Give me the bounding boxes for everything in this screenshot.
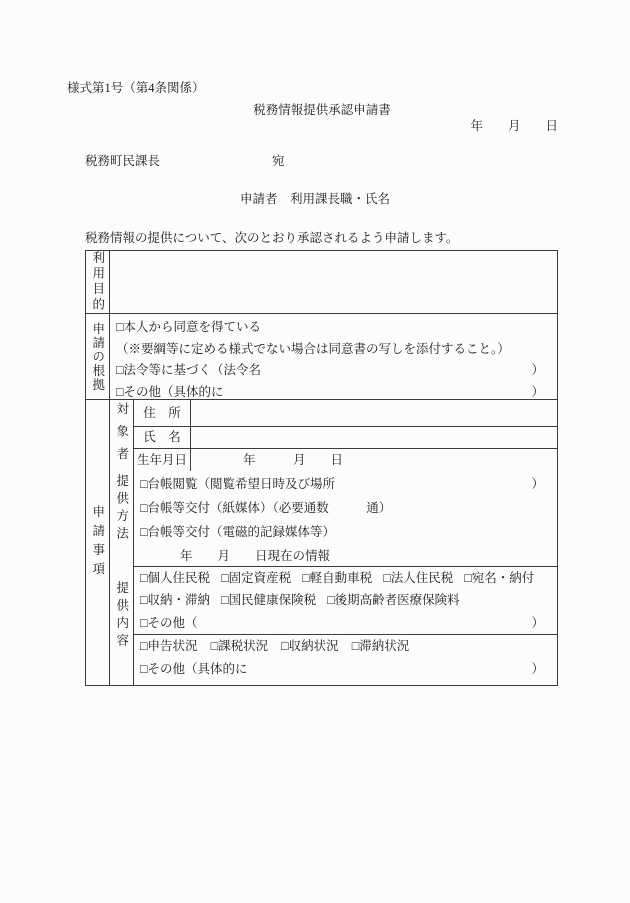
checkbox-option: □国民健康保険税	[221, 589, 316, 611]
intro-sentence: 税務情報の提供について、次のとおり承認されるよう申請します。	[85, 230, 459, 247]
addressee: 税務町民課長	[85, 154, 160, 168]
application-table: 利用目的 申請の根拠 □本人から同意を得ている （※要綱等に定める様式でない場合…	[85, 250, 558, 686]
addressee-suffix: 宛	[272, 154, 285, 168]
application-basis-header: 申請の根拠	[86, 314, 110, 399]
checkbox-line-ledger-paper: □台帳等交付（紙媒体）（必要通数 通）	[134, 496, 557, 520]
checkbox-line-status-other: □その他（具体的に）	[134, 658, 557, 682]
status-checkbox-group: □申告状況 □課税状況 □収納状況 □滞納状況 □その他（具体的に）	[134, 634, 557, 685]
field-address: 住 所	[134, 400, 557, 426]
provision-method-content: □台帳閲覧（閲覧希望日時及び場所） □台帳等交付（紙媒体）（必要通数 通） □台…	[134, 471, 557, 547]
checkbox-line-tax-types-2: □収納・滞納 □国民健康保険税 □後期高齢者医療保険料	[134, 589, 557, 611]
checkbox-line-status: □申告状況 □課税状況 □収納状況 □滞納状況	[134, 635, 557, 659]
subrow-provision-content: 提供内容 年 月 日現在の情報 □個人住民税 □固定資産税 □軽自動車税 □法人…	[110, 547, 557, 685]
field-birthdate: 生年月日 年 月 日	[134, 448, 557, 471]
subrow-target-person: 対象者 住 所 氏 名 生年月日 年 月 日	[110, 400, 557, 471]
usage-purpose-header: 利用目的	[86, 251, 110, 313]
checkbox-option: □軽自動車税	[302, 567, 372, 589]
info-as-of-date-row: 年 月 日現在の情報	[134, 547, 557, 566]
checkbox-option: □課税状況	[211, 635, 269, 659]
checkbox-option: □収納状況	[281, 635, 339, 659]
provision-method-header-label: 提供方法	[115, 474, 128, 544]
checkbox-line-tax-other: □その他（）	[134, 612, 557, 634]
row-application-basis: 申請の根拠 □本人から同意を得ている （※要綱等に定める様式でない場合は同意書の…	[86, 313, 557, 399]
row-application-items: 申請事項 対象者 住 所 氏 名	[86, 399, 557, 685]
application-items-header: 申請事項	[86, 400, 110, 685]
date-blank-line: 年 月 日	[470, 118, 558, 135]
provision-method-header: 提供方法	[110, 471, 134, 547]
birthdate-label: 生年月日	[134, 449, 191, 471]
close-paren: ）	[531, 612, 544, 634]
field-name: 氏 名	[134, 426, 557, 448]
address-label: 住 所	[134, 400, 191, 426]
target-person-header: 対象者	[110, 400, 134, 471]
checkbox-line-ledger-media: □台帳等交付（電磁的記録媒体等）	[134, 520, 557, 544]
checkbox-option: □後期高齢者医療保険料	[327, 589, 460, 611]
checkbox-option: □宛名・納付	[464, 567, 534, 589]
close-paren: ）	[531, 472, 544, 496]
application-basis-header-label: 申請の根拠	[91, 322, 104, 392]
checkbox-line-tax-types-1: □個人住民税 □固定資産税 □軽自動車税 □法人住民税 □宛名・納付	[134, 567, 557, 589]
subrow-provision-method: 提供方法 □台帳閲覧（閲覧希望日時及び場所） □台帳等交付（紙媒体）（必要通数 …	[110, 471, 557, 547]
checkbox-option: □滞納状況	[352, 635, 410, 659]
document-page: 様式第1号（第4条関係） 税務情報提供承認申請書 年 月 日 税務町民課長宛 申…	[0, 0, 630, 903]
name-value	[191, 427, 557, 448]
usage-purpose-header-label: 利用目的	[91, 251, 104, 313]
consent-note: （※要綱等に定める様式でない場合は同意書の写しを添付すること。）	[110, 339, 557, 361]
close-paren: ）	[531, 658, 544, 682]
applicant-line: 申請者 利用課長職・氏名	[0, 191, 630, 208]
name-label: 氏 名	[134, 427, 191, 448]
info-as-of-date: 年 月 日現在の情報	[134, 547, 557, 566]
checkbox-option: □申告状況	[140, 635, 198, 659]
tax-type-checkbox-group: □個人住民税 □固定資産税 □軽自動車税 □法人住民税 □宛名・納付 □収納・滞…	[134, 566, 557, 634]
target-person-header-label: 対象者	[115, 402, 128, 470]
checkbox-option: □個人住民税	[140, 567, 210, 589]
checkbox-option: □収納・滞納	[140, 589, 210, 611]
usage-purpose-input-area	[110, 251, 557, 313]
checkbox-line-ledger-view: □台帳閲覧（閲覧希望日時及び場所）	[134, 472, 557, 496]
address-value	[191, 400, 557, 426]
checkbox-line-consent: □本人から同意を得ている	[110, 317, 557, 339]
checkbox-option: □法人住民税	[383, 567, 453, 589]
form-number: 様式第1号（第4条関係）	[67, 80, 205, 97]
addressee-line: 税務町民課長宛	[85, 153, 285, 170]
checkbox-line-law: □法令等に基づく（法令名）	[110, 360, 557, 382]
application-items-header-label: 申請事項	[91, 505, 104, 581]
provision-content-header-label: 提供内容	[115, 581, 128, 651]
row-usage-purpose: 利用目的	[86, 251, 557, 313]
close-paren: ）	[531, 360, 544, 382]
application-basis-content: □本人から同意を得ている （※要綱等に定める様式でない場合は同意書の写しを添付す…	[110, 314, 557, 399]
provision-content-header: 提供内容	[110, 547, 134, 685]
birthdate-value: 年 月 日	[191, 449, 557, 471]
checkbox-option: □固定資産税	[221, 567, 291, 589]
document-title: 税務情報提供承認申請書	[0, 102, 630, 119]
